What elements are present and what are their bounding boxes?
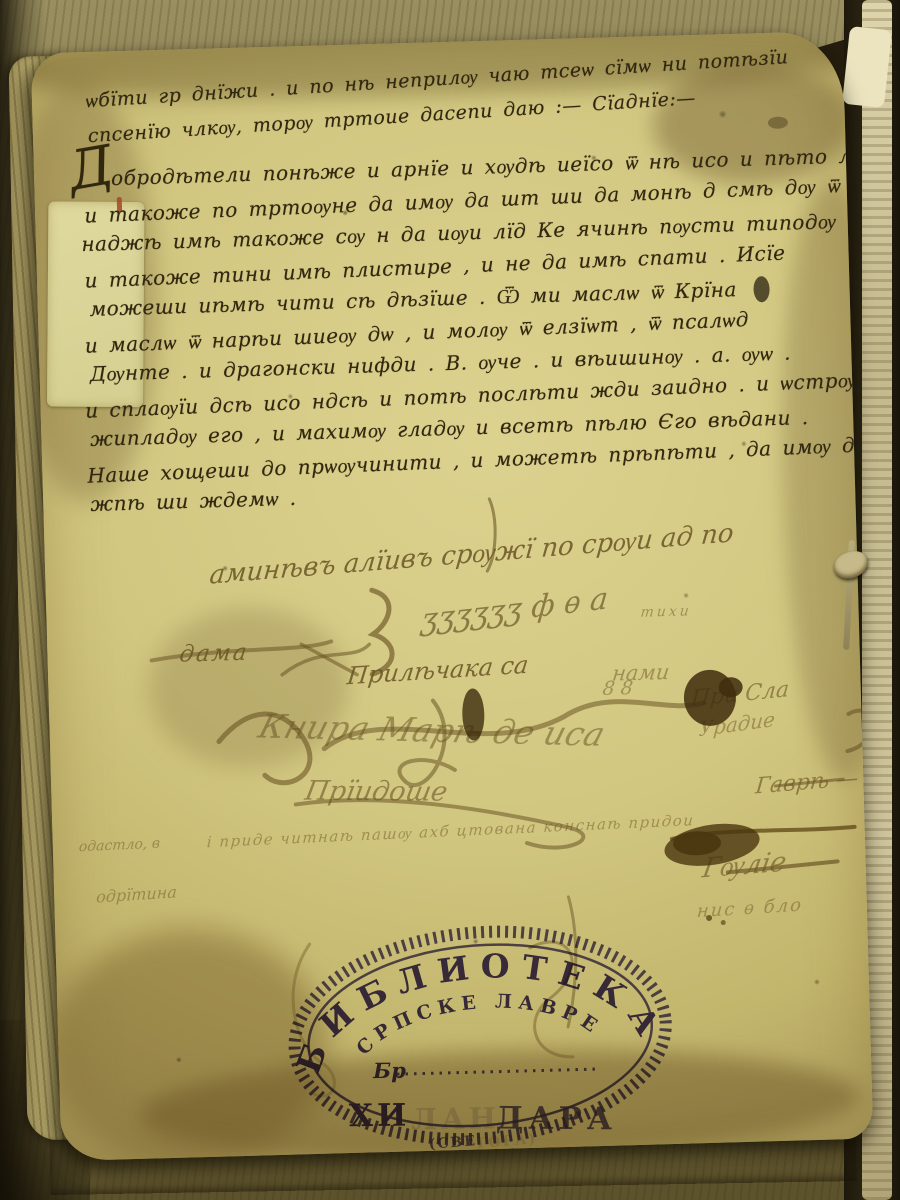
initial-letter: Д [66,149,115,189]
top-annotation: ѡбїти гр днїжи . и по нѣ неприлѹ чаю тсе… [85,40,792,154]
cursive-note-gulie: Гѹліе [700,846,789,884]
photo-scene: ѡбїти гр днїжи . и по нѣ неприлѹ чаю тсе… [0,0,900,1200]
cursive-signature: Книра Марѣ де иса [254,707,609,754]
faint-line-left: одастло, в [78,836,160,856]
stamp-name-faded: ЛАН [411,1101,500,1136]
manuscript-page: ѡбїти гр днїжи . и по нѣ неприлѹ чаю тсе… [31,31,874,1161]
smear-streak [672,827,855,839]
cursive-note-odritina: одрїтина [96,882,177,906]
faint-line: і приде читнаѣ пашѹ ахб цтована конснаѣ … [206,811,695,852]
stamp-name-start: ХИ [349,1098,411,1135]
cursive-word-dama: дама [178,640,250,668]
smudge-top-right [768,116,788,129]
cursive-note-uradie: Урадие [698,707,776,742]
cursive-note-nis: нис ѳ бло [696,894,804,922]
library-stamp: БИБЛИОТЕКА СРПСКЕ ЛАВРЕ Бр ХИ ЛАН ДАРА (… [271,902,689,1161]
pen-trial-word: тихи [640,603,693,620]
cursive-note-prilozhaka: Прилѣчака са [346,651,530,691]
cursive-note-gavri: Гаврѣ — [754,766,859,800]
stamp-name-end: ДАРА [496,1100,618,1137]
stamp-number-label: Бр [372,1058,406,1083]
cursive-word-nami: нами [611,660,671,686]
top-right-paper-sliver [842,26,892,108]
main-text-block: Д обродѣтели понѣже и арнїе и хѹдѣ иеїсо… [77,139,837,522]
cursive-note-priidose: Прїидоше [303,776,450,808]
cursive-note-line: аминѣвъ алїивъ срѹжї по срѹи ад по [208,518,735,590]
stamp-dotted-line [397,1058,598,1085]
ink-drip-2 [721,920,726,925]
pen-trials: ʒʒʒʒʒʒ ф ѳ а [419,581,609,638]
